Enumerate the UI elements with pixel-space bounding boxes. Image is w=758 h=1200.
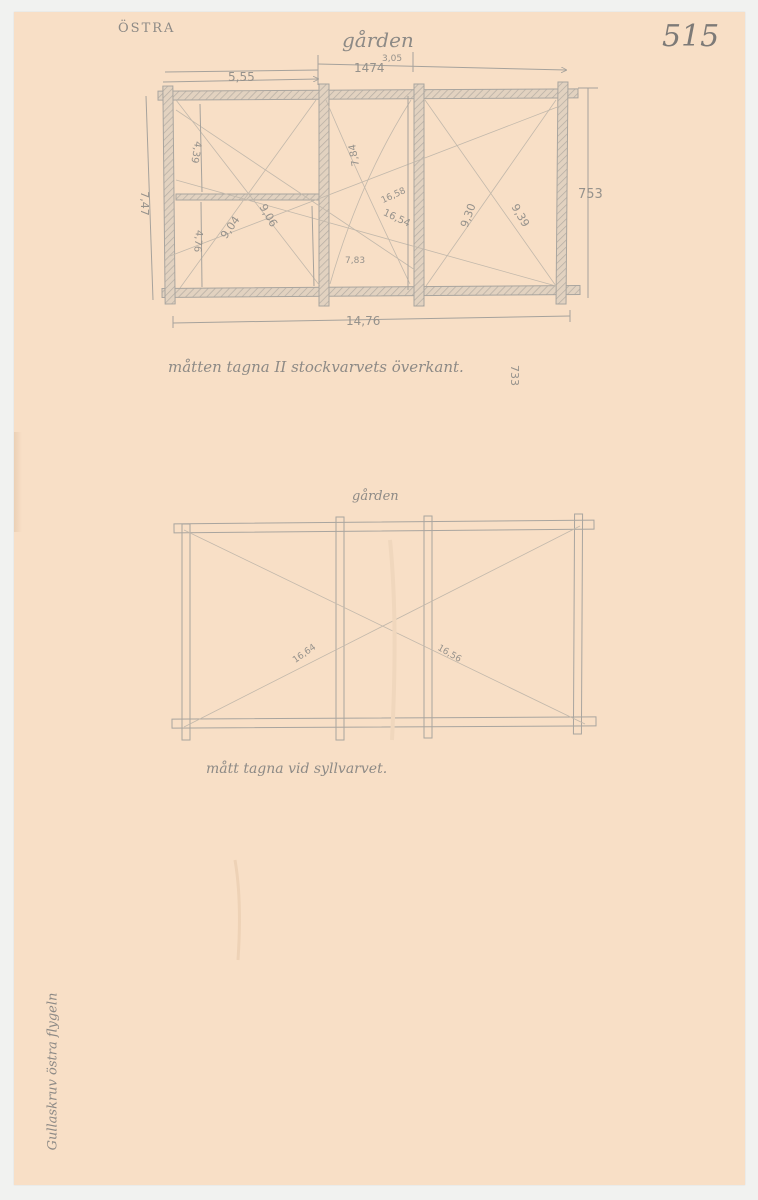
bottom-plan-caption: mått tagna vid syllvarvet. [206,762,387,776]
page-number: 515 [662,22,719,52]
margin-note: Gullaskruv östra flygeln [46,993,59,1151]
bottom-plan [172,514,596,740]
dim-bottom-total: 14,76 [346,315,380,327]
sill-bottom [172,717,596,728]
top-plan [146,52,598,328]
post-4 [573,514,582,734]
post-3 [424,516,432,738]
dim-top-left-span: 5,55 [228,71,255,83]
top-plan-title: gården [342,30,414,50]
diag [176,100,320,286]
post-1 [182,524,190,740]
dim-top-total: 1474 [354,62,385,74]
smudge [235,860,239,960]
post-3 [414,84,424,306]
top-plan-side-note: 733 [509,365,520,386]
diag [184,530,585,724]
beam-bottom [162,286,580,298]
post-1 [163,86,175,304]
post-2 [336,517,344,740]
smudge [390,540,395,740]
dim-left-height: 7,47 [139,191,150,216]
bottom-plan-title: gården [352,490,399,503]
dim-top-small: 3,05 [382,55,402,64]
beam-top [158,89,578,100]
post-4 [556,82,568,304]
diag [184,526,580,727]
plan-drawings [0,0,758,1200]
top-plan-caption: måtten tagna II stockvarvets överkant. [168,360,464,375]
dim-right-height: 753 [578,188,603,201]
beam-partition [176,194,324,200]
dim-lower-room-height: 4,76 [191,229,203,252]
dim-mid-diag-b: 7,83 [345,257,365,266]
sill-top [174,520,594,533]
corner-label: ÖSTRA [118,22,175,35]
